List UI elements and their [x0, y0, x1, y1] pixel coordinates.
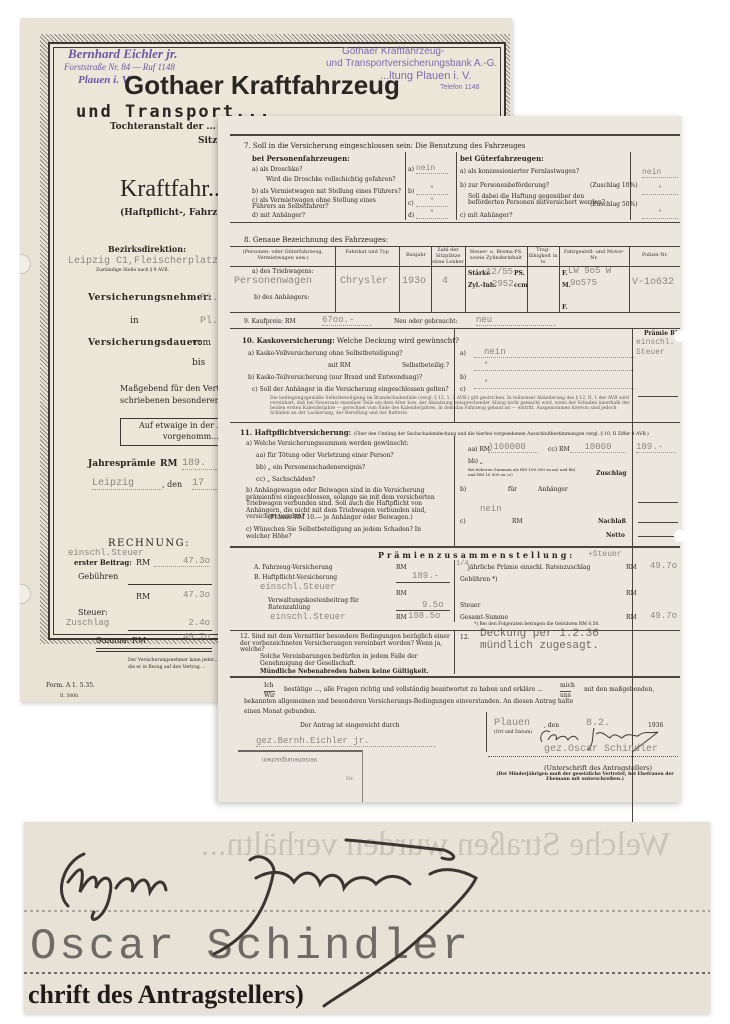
bezirks-value: Leipzig C1,Fleischerplatz: [68, 256, 218, 267]
s11-c-answer: nein: [480, 504, 502, 514]
rm-label: RM: [396, 564, 407, 571]
decl-text2: mit den maßgebenden,: [584, 686, 654, 693]
vs-nr-label: Nr.: [346, 776, 354, 782]
s11-zuschlag-label: Zuschlag: [596, 470, 627, 477]
s7-pers-b: b) als Vermietwagen mit Stellung eines F…: [252, 188, 401, 195]
zuschlag-label: Zuschlag: [66, 618, 109, 628]
decl-signature-typed: gez.Oscar Schindler: [544, 744, 658, 755]
s8-engine-no: 9o575: [570, 278, 597, 288]
punch-hole: [20, 254, 31, 274]
s11-praemie-value: 189.-: [636, 442, 676, 453]
divider: [454, 436, 455, 546]
rule: [230, 546, 680, 548]
summary-gesamt-value: 49.7o: [650, 611, 677, 621]
signature-line: [488, 756, 678, 757]
s11-cc-label: cc) RM: [548, 446, 570, 453]
divider: [454, 560, 455, 622]
s12-question: 12. Sind mit dem Vermittler besondere Be…: [240, 634, 450, 654]
footer-note: Der Versicherungsnehmer kann jeder...: [128, 658, 218, 663]
summary-jaehrlich-label: jährliche Prämie einschl. Ratenzuschlag: [468, 564, 590, 571]
jahres-rm: RM: [160, 459, 177, 469]
s11-aa-label: aa) RM: [468, 446, 490, 453]
decl-text1: bestätige ..., alle Fragen richtig und v…: [284, 686, 543, 693]
s11-aa-value: )100000: [488, 442, 538, 453]
s7-gut-c: c) mit Anhänger?: [460, 212, 513, 219]
s8-col-header: Fabrikat und Typ: [336, 249, 398, 255]
s11-higher-note: Bei höheren Summen als RM 100 000 zu aa)…: [468, 468, 578, 477]
company-stamp-phone: Telefon 1148: [440, 84, 480, 91]
summary-verw-value: 9.5o: [422, 600, 444, 610]
decl-submitted-by: gez.Bernh.Eichler jr.: [256, 736, 436, 747]
punch-hole: [674, 330, 686, 342]
rm-label: RM: [626, 614, 637, 621]
s8-f-label: F.: [562, 270, 568, 277]
s12-answer-line1: Deckung per 1.2.36: [480, 628, 599, 640]
divider: [405, 152, 406, 220]
s12-answer-line2: mündlich zugesagt.: [480, 640, 599, 652]
s8-police-no: V-1o632: [632, 277, 674, 288]
s8-col-header: Trag-fähigkeit in to: [528, 247, 558, 265]
decl-signature-label: (Unterschrift des Antragstellers): [544, 764, 652, 772]
decl-ort-datum: (Ort und Datum): [494, 730, 532, 735]
s10-a-answer: nein: [474, 347, 634, 358]
s11-cc-value: 10000: [570, 442, 626, 453]
s11-c-rm: RM: [512, 518, 523, 525]
divider: [486, 712, 487, 752]
s9-neu-value: neu: [476, 315, 556, 326]
double-rule: [96, 648, 212, 652]
summary-verw-label: Verwaltungskostenbeitrag für Ratenzahlun…: [268, 598, 388, 611]
top-rule: [230, 134, 680, 136]
s7-gut-b2: Soll dabei die Haftung gegenüber den bef…: [468, 194, 608, 206]
summa-value: 49.7o: [154, 632, 210, 642]
summary-b-value: 189.-: [412, 571, 439, 581]
summary-right-typed: +Steuer: [588, 550, 622, 559]
s8-ps-unit: PS.: [514, 270, 525, 277]
bis-label: bis: [192, 358, 205, 368]
front-page-form: 7. Soll in die Versicherung eingeschloss…: [218, 116, 682, 802]
notice-text: Auf etwaige in der ...: [139, 421, 224, 430]
punch-hole: [20, 584, 31, 604]
praemie-note-2: Steuer: [636, 348, 665, 357]
punch-hole: [674, 530, 686, 542]
vs-label: Versicherungsschein: [262, 756, 317, 762]
vn-label: Versicherungsnehmer:: [88, 293, 212, 303]
rm-label: RM: [136, 592, 150, 601]
rule: [230, 266, 680, 267]
s10-b: b) Kasko-Teilversicherung (nur Brand und…: [248, 374, 422, 381]
s8-row-b-f-label: F.: [562, 304, 568, 311]
gebuehren-label: Gebühren: [78, 572, 118, 581]
rule: [230, 676, 680, 678]
erster-beitrag-label: erster Beitrag:: [74, 558, 132, 567]
steuer-label: Steuer:: [78, 608, 108, 617]
summary-gesamt-label: Gesamt-Summe: [460, 614, 508, 621]
s11-c: c) Wünschen Sie Selbstbeteiligung an jed…: [246, 526, 446, 540]
s10-a2-selbst: Selbstbeteilig.?: [402, 362, 449, 369]
s8-row-a-label: a) des Triebwagens:: [252, 268, 313, 275]
summary-title: Prämienzusammenstellung:: [378, 550, 575, 560]
decl-text4: einen Monat gebunden.: [244, 708, 316, 715]
s8-col-header: (Personen- oder Güterfahrzeug, Vermietwa…: [232, 249, 334, 261]
s7-title: 7. Soll in die Versicherung eingeschloss…: [244, 142, 525, 150]
rule: [638, 396, 678, 397]
company-stamp-line2: und Transportversicherungsbank A.-G.: [326, 58, 497, 69]
rule: [230, 422, 680, 423]
divider: [629, 246, 630, 312]
praemie-note: einschl.: [636, 338, 674, 347]
s8-col-header: Steuer- u. Brems-PS. sowie Zylinderinhal…: [466, 249, 526, 261]
agent-stamp-name: Bernhard Eichler jr.: [68, 46, 177, 62]
divider: [465, 246, 466, 312]
subtotal-value: 47.3o: [154, 590, 210, 600]
s10-a2-mit: mit RM: [328, 362, 351, 369]
den-label: , den: [162, 480, 182, 489]
rule: [396, 582, 450, 583]
s11-title: 11. Haftpflichtversicherung:: [240, 428, 351, 437]
s11-a: a) Welche Versicherungssummen werden gew…: [246, 440, 409, 447]
rm-label: RM: [626, 590, 637, 597]
rm-label: RM: [396, 590, 407, 597]
s11-aa: aa) für Tötung oder Verletzung einer Per…: [256, 452, 394, 459]
rule: [230, 630, 680, 631]
sign-place: Leipzig: [92, 478, 162, 490]
jahres-label: Jahresprämie: [88, 459, 156, 469]
s7-pers-a: a) als Droschke?: [252, 166, 302, 173]
s7-pers-d-answer: ": [416, 210, 448, 219]
footer-note-2: die er in Bezug auf den Vertrag ...: [128, 665, 205, 670]
s11-nachlass-label: Nachlaß: [598, 518, 626, 525]
s10-note: Die bedingungsgemäße Selbstbeteiligung i…: [270, 396, 630, 416]
dauer-label: Versicherungsdauer:: [88, 338, 202, 348]
summary-quarter: 1/4: [456, 560, 469, 568]
zuschlag-value: 2.4o: [154, 618, 210, 628]
sum-rule: [128, 630, 212, 631]
summary-jaehrlich-value: 49.7o: [650, 561, 677, 571]
summary-footnote: *) Bei den Folgeraten betragen die Gebüh…: [474, 622, 600, 627]
s12-note1: Solche Vereinbarungen bedürfen in jedem …: [260, 654, 450, 667]
s7-gut-a-answer: nein: [642, 168, 678, 178]
s8-vehicle-type: Personenwagen: [234, 276, 312, 287]
bezirks-label: Bezirksdirektion:: [108, 244, 186, 254]
divider: [559, 246, 560, 312]
decl-mich: mich: [560, 682, 575, 689]
s7-pers-a-answer: nein: [416, 164, 448, 174]
form-number: Form. A 1. 5.35.: [46, 682, 95, 689]
s8-chassis-no: LW 9o5 W: [568, 266, 611, 276]
s7-gut-b: b) zur Personenbeförderung?: [460, 182, 549, 189]
s9-price: 67oo.-: [322, 315, 372, 326]
sum-rule: [128, 584, 212, 585]
s11-b-fuer: für: [508, 486, 517, 493]
rule: [638, 536, 678, 537]
s8-ps-value: 12/55: [486, 267, 513, 277]
s7-gut-header: bei Güterfahrzeugen:: [460, 154, 544, 163]
rule: [638, 522, 678, 523]
s8-col-header: Polizei-Nr.: [630, 252, 680, 258]
s10-c-answer: ": [474, 380, 634, 389]
summary-b-note: einschl.Steuer: [260, 582, 336, 592]
s10-b-answer: ": [474, 362, 634, 371]
handwritten-signature-closeup-icon: [24, 822, 710, 1014]
notice-text-2: vorgenomm...: [163, 432, 219, 441]
s11-netto-label: Netto: [606, 532, 625, 539]
notice-box: Auf etwaige in der ... vorgenomm...: [120, 418, 232, 446]
summary-gebuehren-label: Gebühren *): [460, 576, 497, 583]
vom-label: vom: [192, 338, 211, 348]
rm-label: RM: [136, 558, 150, 567]
s8-seats: 4: [442, 276, 448, 287]
agent-stamp-city: Plauen i. V.: [78, 74, 130, 86]
divider: [362, 750, 363, 802]
s7-gut-b-answer: ": [642, 186, 678, 195]
s8-title: 8. Genaue Bezeichnung des Fahrzeuges:: [244, 236, 388, 244]
erster-beitrag-value: 47.3o: [154, 556, 210, 567]
s11-bb-label: bb) „: [468, 458, 483, 465]
s7-pers-a2: Wird die Droschke vollschichtig gefahren…: [266, 176, 395, 183]
s11-cc: cc) „ Sachschäden?: [256, 476, 315, 483]
form-number-2: II. 5000.: [60, 694, 79, 699]
s10-c: c) Soll der Anhänger in die Versicherung…: [252, 386, 449, 393]
divider: [456, 152, 457, 220]
s8-col-header: Fahrgestell- und Motor-Nr.: [560, 249, 628, 261]
decl-text3: bekannten allgemeinen und besonderen Ver…: [244, 698, 573, 705]
s10-title-rest: Welche Deckung wird gewünscht?: [337, 337, 459, 345]
s7-pers-c: c) als Vermietwagen ohne Stellung eines …: [252, 198, 402, 210]
rule: [230, 222, 680, 223]
summary-total-note: einschl.Steuer: [270, 612, 346, 622]
company-title: Gothaer Kraftfahrzeug: [124, 70, 400, 101]
massgebend-text: Maßgebend für den Vert...: [120, 384, 227, 393]
decl-submitted-label: Der Antrag ist eingereicht durch: [300, 722, 400, 729]
s11-b-note: (Prämie RM 10.— je Anhänger oder Beiwage…: [268, 514, 413, 521]
s11-bb: bb) „ ein Personenschadenereignis?: [256, 464, 365, 471]
s7-pers-header: bei Personenfahrzeugen:: [252, 154, 350, 163]
s10-a: a) Kasko-Vollversicherung ohne Selbstbet…: [248, 350, 402, 357]
rm-label: RM: [396, 614, 407, 621]
form-title: Kraftfahr...: [120, 176, 226, 203]
s11-b-anh: Anhänger: [538, 486, 568, 493]
s9-label: 9. Kaufpreis: RM: [244, 318, 296, 325]
signature-detail-closeup: Welche Straßen wurden verhältn... Oscar …: [24, 822, 710, 1014]
s7-gut-c-answer: ": [642, 210, 678, 219]
s11-title-note: (Über den Umfang der Sachschadendeckung …: [353, 432, 648, 437]
divider: [454, 630, 455, 674]
company-parent: Tochteranstalt der ...: [110, 122, 216, 132]
divider: [527, 246, 528, 312]
rm-label: RM: [626, 564, 637, 571]
summa-label: Summa: RM: [96, 636, 146, 645]
s7-gut-a: a) als konzessionierter Fernlastwagen?: [460, 168, 579, 175]
company-stamp-line1: Gothaer Kraftfahrzeug-: [342, 46, 444, 57]
divider: [630, 152, 631, 220]
s8-make: Chrysler: [340, 276, 388, 287]
summary-a-label: A. Fahrzeug-Versicherung: [254, 564, 333, 571]
s7-pers-d: d) mit Anhänger?: [252, 212, 305, 219]
rule: [638, 502, 678, 503]
rule: [230, 312, 680, 313]
s9-neu-label: Neu oder gebraucht:: [394, 318, 458, 325]
summary-total-value: 198.5o: [408, 611, 440, 621]
s7-pers-c-answer: ": [416, 198, 448, 207]
s8-zyl-unit: ccm: [514, 282, 528, 289]
decl-ich: Ich: [264, 682, 274, 689]
in-label: in: [130, 316, 139, 326]
s8-col-header: Zahl der Sitzplätze ohne Lenker: [432, 247, 464, 265]
s10-title: 10. Kaskoversicherung:: [242, 336, 335, 345]
divider: [431, 246, 432, 312]
rule: [238, 750, 362, 752]
divider: [335, 246, 336, 312]
s7-pers-b-answer: ": [416, 186, 448, 195]
s12-note2: Mündliche Nebenabreden haben keine Gülti…: [260, 668, 429, 675]
summary-b-label: B. Haftpflicht-Versicherung: [254, 574, 337, 581]
s8-year: 193o: [402, 276, 426, 287]
s8-col-header: Baujahr: [400, 252, 432, 258]
s8-zyl-value: 2952: [492, 279, 514, 289]
summary-steuer-label: Steuer: [460, 602, 480, 609]
rechnung-note: einschl.Steuer: [68, 548, 144, 558]
decl-signature-note: (Bei Minderjährigen muß der gesetzliche …: [490, 772, 680, 782]
s12-answer-label: 12.: [460, 634, 470, 641]
bezirks-note: Zuständige Stelle nach § 9 AVB.: [96, 268, 169, 273]
decl-place: Plauen: [494, 718, 530, 729]
s8-row-b-label: b) des Anhängers:: [254, 294, 309, 301]
form-subtitle: (Haftpflicht-, Fahrz...: [120, 208, 227, 218]
rule: [230, 328, 680, 329]
divider: [399, 246, 400, 312]
